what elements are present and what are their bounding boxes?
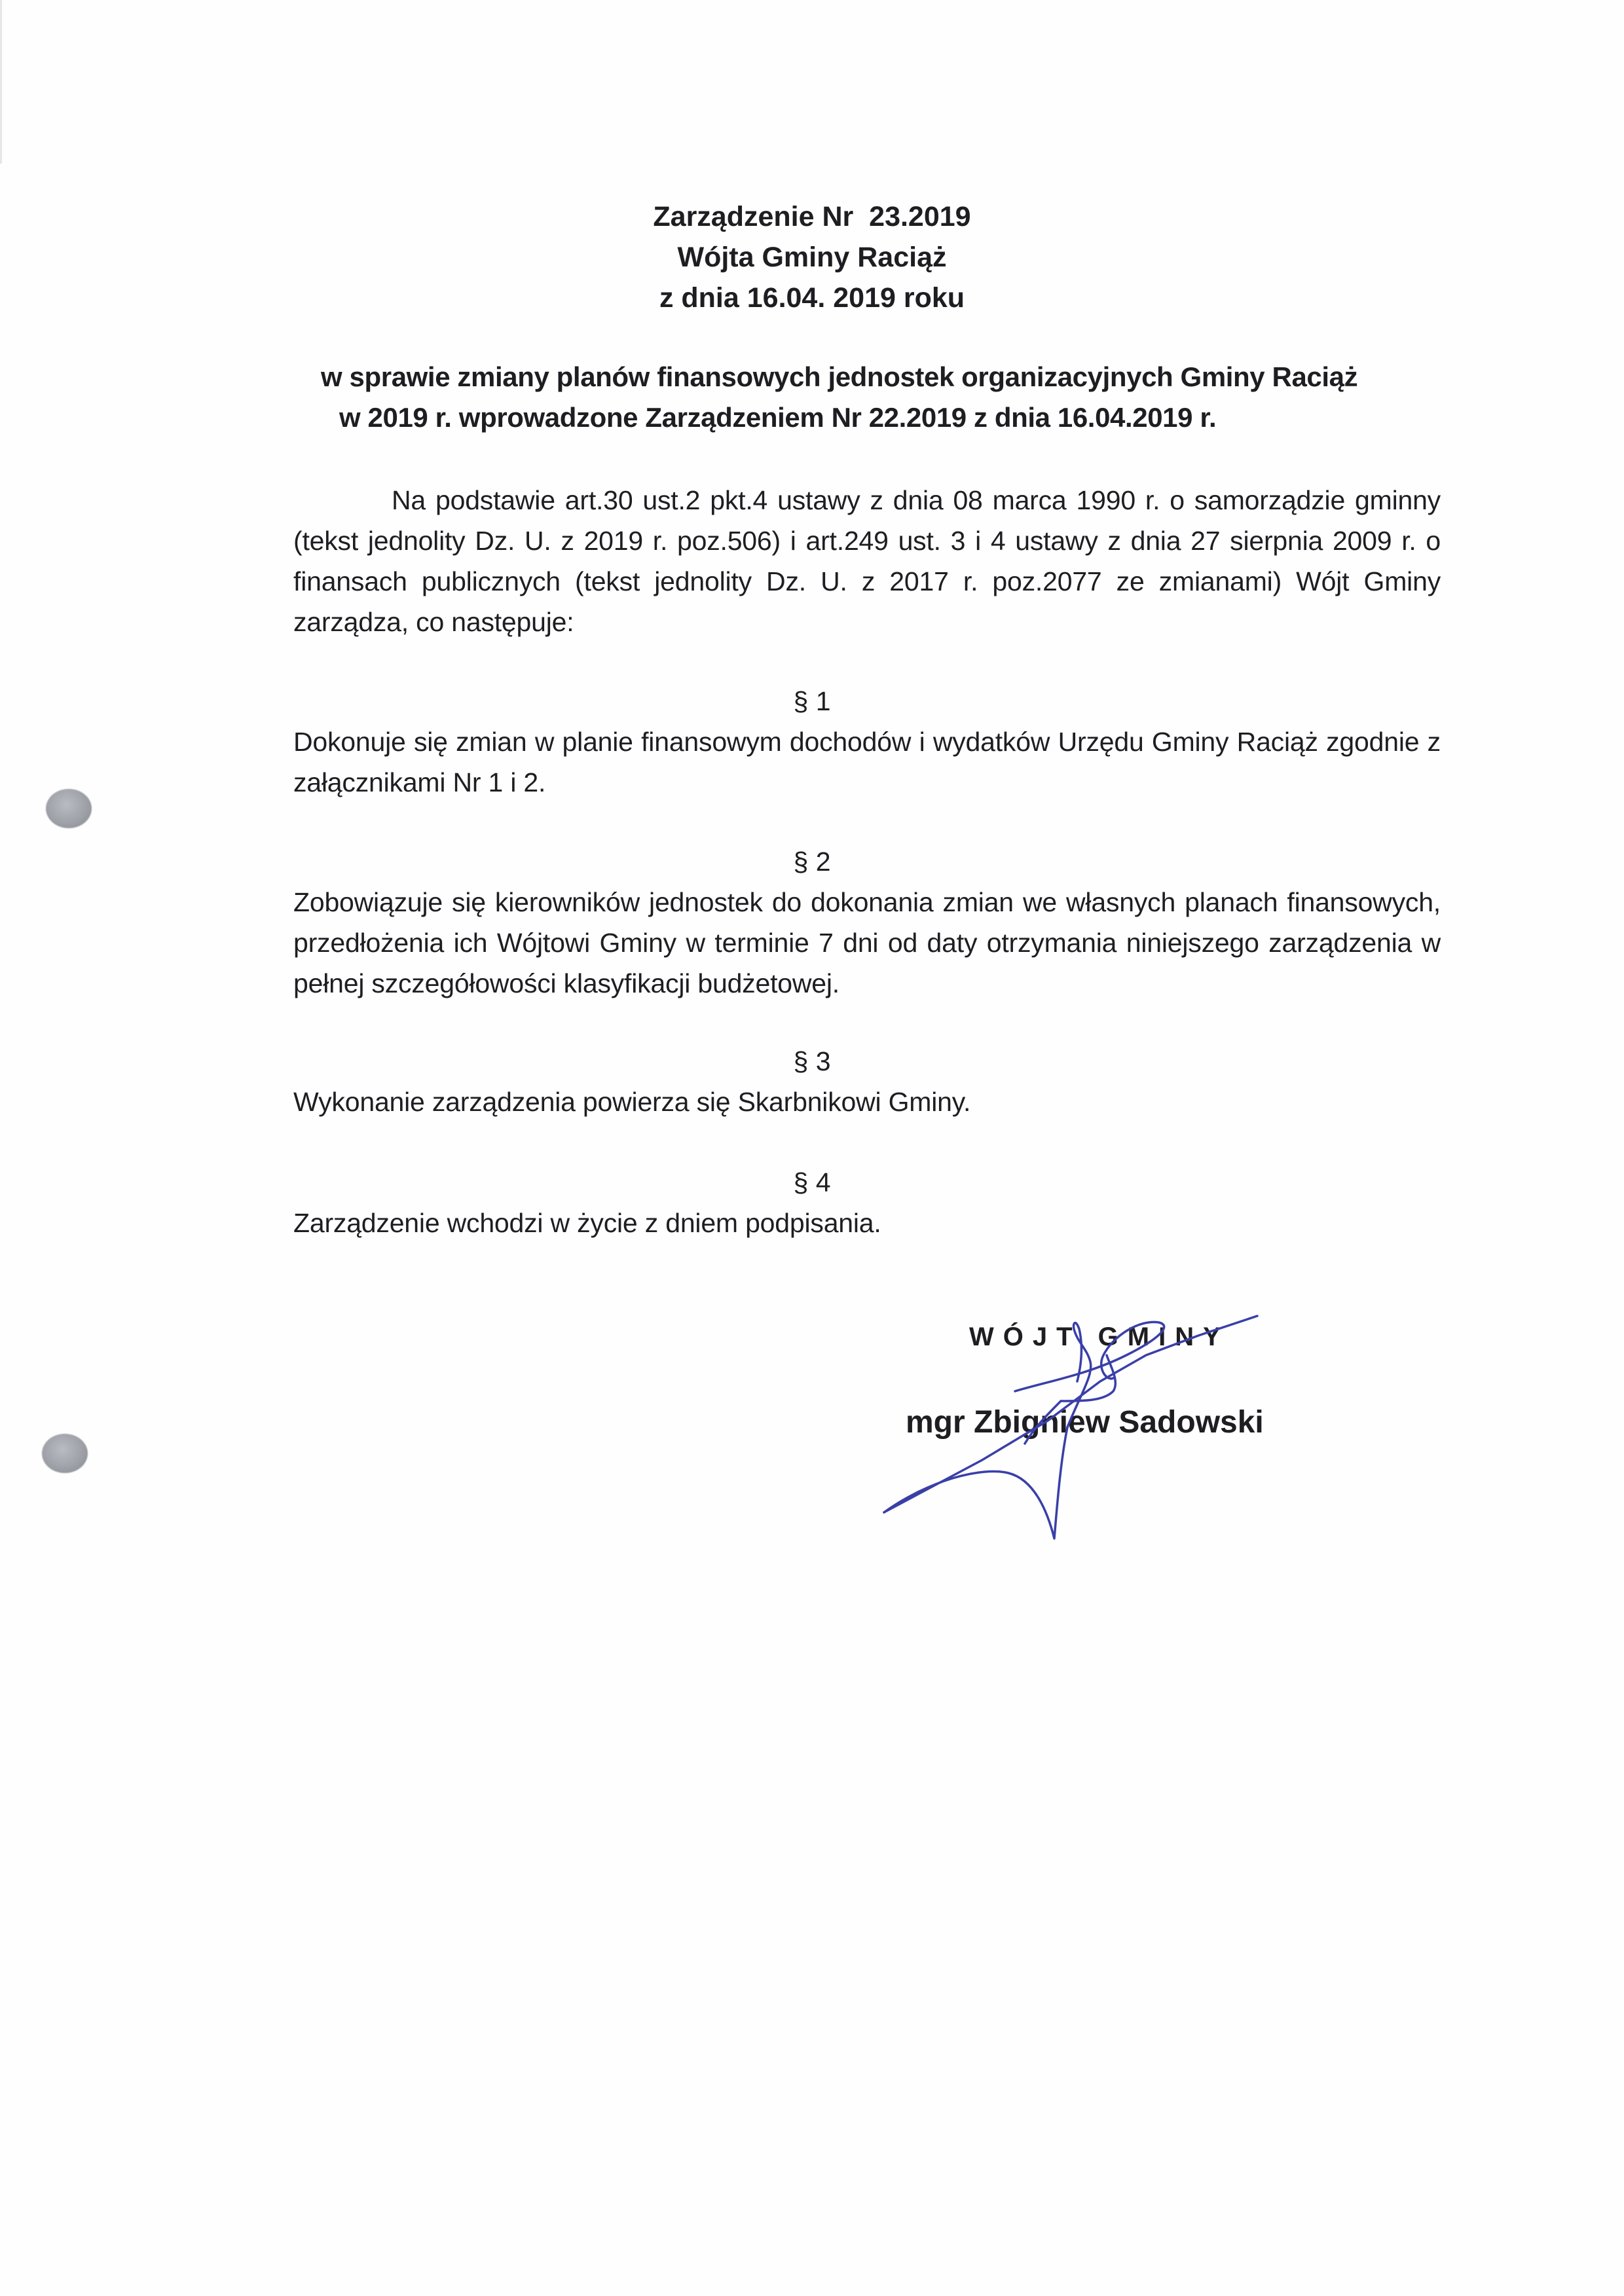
section-2-mark: § 2 [0, 841, 1624, 882]
section-1-mark: § 1 [0, 681, 1624, 721]
punch-hole [42, 1434, 88, 1473]
punch-hole [46, 789, 92, 828]
section-1-text: Dokonuje się zmian w planie finansowym d… [293, 721, 1441, 803]
subject-line-1: w sprawie zmiany planów finansowych jedn… [321, 357, 1357, 397]
section-2-text: Zobowiązuje się kierowników jednostek do… [293, 882, 1441, 1004]
section-3-text: Wykonanie zarządzenia powierza się Skarb… [293, 1082, 1441, 1122]
scan-edge [0, 0, 2, 164]
issue-date: z dnia 16.04. 2019 roku [0, 278, 1624, 318]
legal-basis-paragraph: Na podstawie art.30 ust.2 pkt.4 ustawy z… [293, 480, 1441, 642]
section-4-mark: § 4 [0, 1162, 1624, 1203]
handwritten-signature-icon [851, 1303, 1375, 1565]
ordinance-number: Zarządzenie Nr 23.2019 [0, 196, 1624, 237]
issuer: Wójta Gminy Raciąż [0, 237, 1624, 278]
scanned-page: Zarządzenie Nr 23.2019 Wójta Gminy Racią… [0, 0, 1624, 2296]
subject-line-2: w 2019 r. wprowadzone Zarządzeniem Nr 22… [339, 397, 1216, 438]
signature-block: WÓJT GMINY mgr Zbigniew Sadowski [851, 1303, 1375, 1565]
document-header: Zarządzenie Nr 23.2019 Wójta Gminy Racią… [0, 196, 1624, 318]
section-3-mark: § 3 [0, 1041, 1624, 1082]
section-4-text: Zarządzenie wchodzi w życie z dniem podp… [293, 1203, 1441, 1243]
